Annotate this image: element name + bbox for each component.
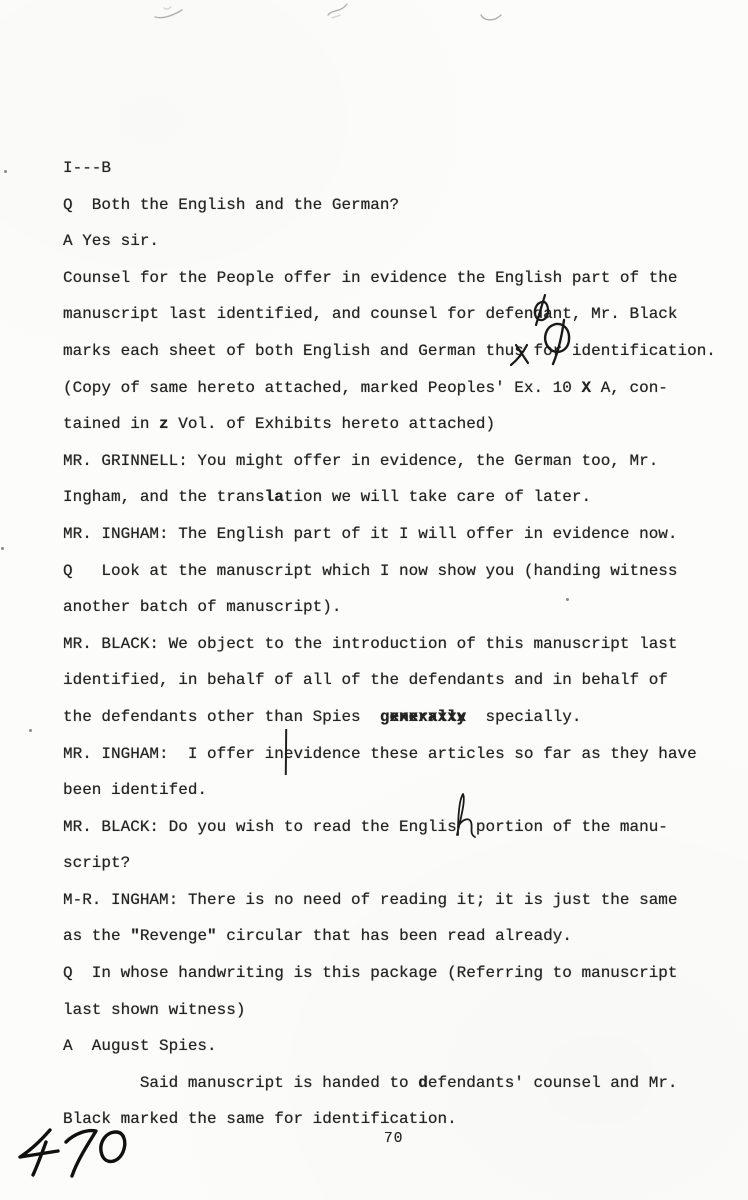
transcript-line: A August Spies.	[63, 1028, 748, 1065]
handwritten-number	[12, 1120, 142, 1185]
transcript-line: been identifed.	[63, 772, 748, 809]
scan-speck	[29, 729, 32, 732]
scan-speck	[1, 547, 4, 550]
transcript-line: MR. BLACK: We object to the introduction…	[63, 626, 748, 663]
scan-smudge	[322, 0, 354, 22]
transcript-line: (Copy of same hereto attached, marked Pe…	[63, 370, 748, 407]
transcript-text: I---BQ Both the English and the German?A…	[63, 150, 748, 1138]
transcript-line: MR. INGHAM: The English part of it I wil…	[63, 516, 748, 553]
transcript-line: identified, in behalf of all of the defe…	[63, 662, 748, 699]
transcript-line: Said manuscript is handed to defendants'…	[63, 1065, 748, 1102]
transcript-line: Q Both the English and the German?	[63, 187, 748, 224]
scan-smudge	[476, 6, 506, 26]
transcript-line: A Yes sir.	[63, 223, 748, 260]
transcript-line: as the "Revenge" circular that has been …	[63, 918, 748, 955]
transcript-line: last shown witness)	[63, 992, 748, 1029]
transcript-line: Black marked the same for identification…	[63, 1101, 748, 1138]
transcript-line: the defendants other than Spies generall…	[63, 699, 748, 736]
scan-smudge	[150, 2, 188, 24]
transcript-line: Q Look at the manuscript which I now sho…	[63, 553, 748, 590]
overstrike-xs: xxxxxxxx	[380, 699, 466, 736]
transcript-line: Counsel for the People offer in evidence…	[63, 260, 748, 297]
transcript-line: script?	[63, 845, 748, 882]
transcript-line: MR. BLACK: Do you wish to read the Engli…	[63, 809, 748, 846]
transcript-line: I---B	[63, 150, 748, 187]
transcript-line: marks each sheet of both English and Ger…	[63, 333, 748, 370]
transcript-line: another batch of manuscript).	[63, 589, 748, 626]
transcript-page: I---BQ Both the English and the German?A…	[0, 0, 748, 1200]
page-number: 70	[384, 1131, 403, 1147]
scan-speck	[4, 170, 7, 173]
transcript-line: tained in z Vol. of Exhibits hereto atta…	[63, 406, 748, 443]
transcript-line: M-R. INGHAM: There is no need of reading…	[63, 882, 748, 919]
transcript-line: MR. GRINNELL: You might offer in evidenc…	[63, 443, 748, 480]
transcript-line: Ingham, and the translation we will take…	[63, 479, 748, 516]
transcript-line: MR. INGHAM: I offer inevidence these art…	[63, 736, 748, 773]
struck-out-word: generally xxxxxxxx	[380, 699, 466, 736]
transcript-line: manuscript last identified, and counsel …	[63, 296, 748, 333]
transcript-line: Q In whose handwriting is this package (…	[63, 955, 748, 992]
